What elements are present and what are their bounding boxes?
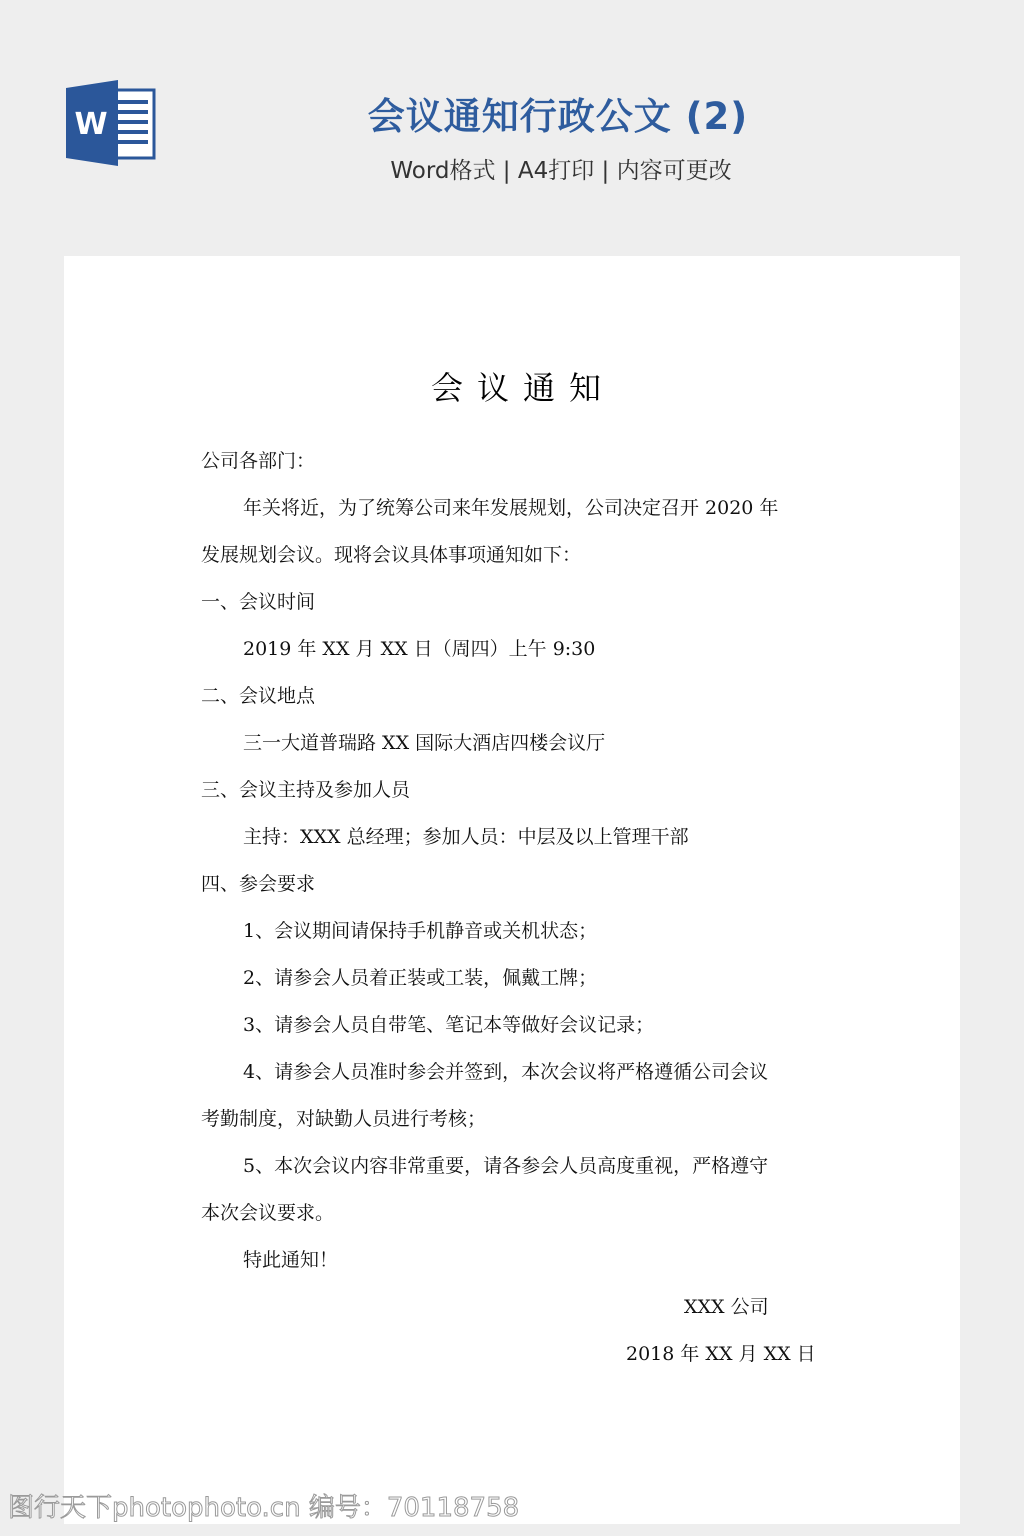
intro-line-1: 年关将近，为了统筹公司来年发展规划，公司决定召开 2020 年 [243,493,778,523]
document-page: 会议通知 公司各部门： 年关将近，为了统筹公司来年发展规划，公司决定召开 202… [64,256,960,1524]
page-title: 会议通知行政公文 (2) [0,92,1024,142]
requirement-item-5: 5、本次会议内容非常重要，请各参会人员高度重视，严格遵守 [243,1151,768,1181]
section-heading-attendees: 三、会议主持及参加人员 [201,775,410,805]
page-subtitle: Word格式 | A4打印 | 内容可更改 [0,154,1024,188]
section-heading-time: 一、会议时间 [201,587,315,617]
requirement-item-3: 3、请参会人员自带笔、笔记本等做好会议记录； [243,1010,654,1040]
closing-text: 特此通知！ [243,1245,338,1275]
requirement-item-2: 2、请参会人员着正装或工装，佩戴工牌； [243,963,597,993]
intro-line-2: 发展规划会议。现将会议具体事项通知如下： [201,540,581,570]
section-heading-location: 二、会议地点 [201,681,315,711]
section-content-attendees: 主持：XXX 总经理；参加人员：中层及以上管理干部 [243,822,689,852]
section-content-location: 三一大道普瑞路 XX 国际大酒店四楼会议厅 [243,728,605,758]
requirement-item-5-cont: 本次会议要求。 [201,1198,334,1228]
document-title: 会议通知 [201,366,831,410]
requirement-item-4-cont: 考勤制度，对缺勤人员进行考核； [201,1104,486,1134]
section-heading-requirements: 四、参会要求 [201,869,315,899]
requirement-item-1: 1、会议期间请保持手机静音或关机状态； [243,916,597,946]
signature-company: XXX 公司 [684,1292,769,1322]
watermark-text: 图行天下photophoto.cn 编号：70118758 [8,1492,519,1524]
requirement-item-4: 4、请参会人员准时参会并签到，本次会议将严格遵循公司会议 [243,1057,768,1087]
salutation: 公司各部门： [201,446,315,476]
signature-date: 2018 年 XX 月 XX 日 [626,1339,816,1369]
section-content-time: 2019 年 XX 月 XX 日（周四）上午 9:30 [243,634,595,664]
